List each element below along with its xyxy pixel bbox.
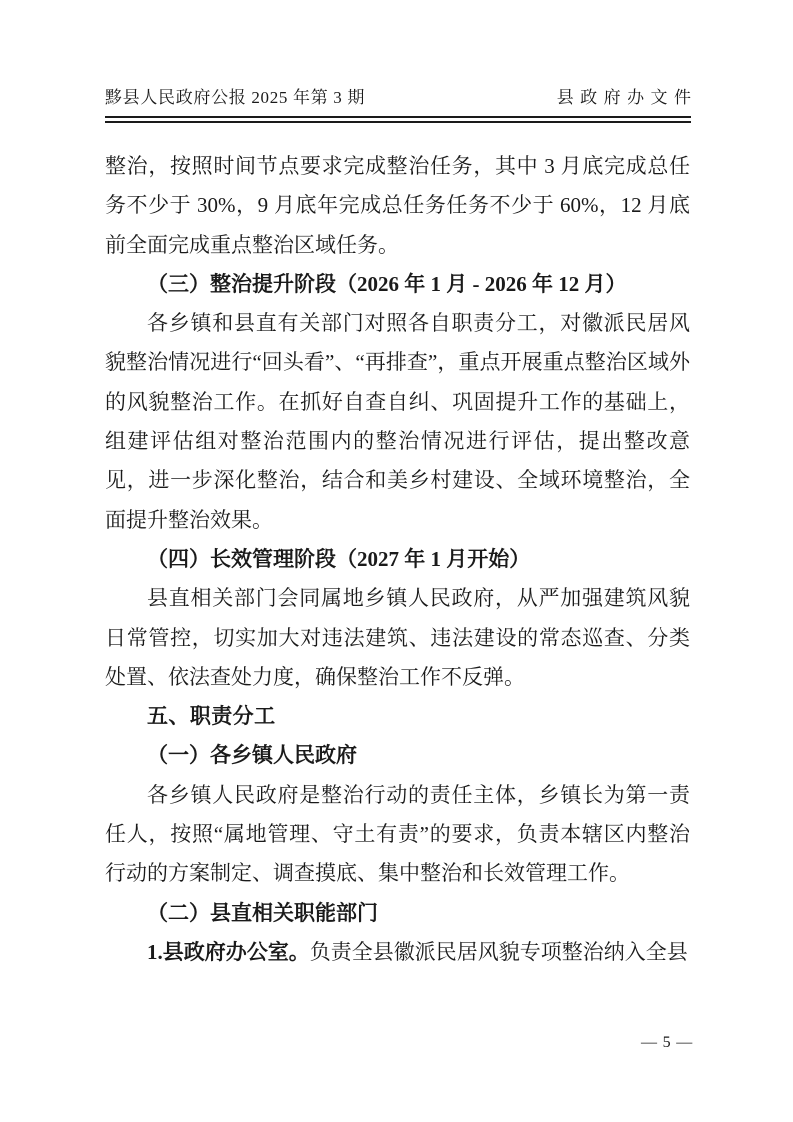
heading-subsection-2: （二）县直相关职能部门 — [105, 894, 690, 933]
paragraph-subsection-1: 各乡镇人民政府是整治行动的责任主体，乡镇长为第一责任人，按照“属地管理、守土有责… — [105, 776, 690, 894]
paragraph-item-1: 1.县政府办公室。负责全县徽派民居风貌专项整治纳入全县 — [105, 933, 690, 972]
gazette-title: 黟县人民政府公报 2025 年第 3 期 — [105, 83, 365, 108]
document-category-label: 县政府办文件 — [557, 83, 698, 108]
heading-subsection-1: （一）各乡镇人民政府 — [105, 736, 690, 775]
item-1-text: 负责全县徽派民居风貌专项整治纳入全县 — [310, 940, 688, 964]
page-header: 黟县人民政府公报 2025 年第 3 期 县政府办文件 — [105, 82, 691, 108]
page-footer: — 5 — — [641, 1034, 693, 1052]
paragraph-continuation: 整治，按照时间节点要求完成整治任务，其中 3 月底完成总任务不少于 30%，9 … — [105, 147, 690, 265]
item-1-lead: 1.县政府办公室。 — [147, 940, 310, 964]
document-body: 整治，按照时间节点要求完成整治任务，其中 3 月底完成总任务不少于 30%，9 … — [105, 147, 690, 972]
heading-stage-3: （三）整治提升阶段（2026 年 1 月 - 2026 年 12 月） — [105, 265, 690, 304]
gazette-page: 黟县人民政府公报 2025 年第 3 期 县政府办文件 整治，按照时间节点要求完… — [0, 0, 793, 1122]
paragraph-stage-4: 县直相关部门会同属地乡镇人民政府，从严加强建筑风貌日常管控，切实加大对违法建筑、… — [105, 579, 690, 697]
heading-section-5: 五、职责分工 — [105, 697, 690, 736]
heading-stage-4: （四）长效管理阶段（2027 年 1 月开始） — [105, 540, 690, 579]
header-double-rule — [105, 116, 691, 123]
page-number: — 5 — — [641, 1034, 693, 1051]
paragraph-stage-3: 各乡镇和县直有关部门对照各自职责分工，对徽派民居风貌整治情况进行“回头看”、“再… — [105, 304, 690, 540]
